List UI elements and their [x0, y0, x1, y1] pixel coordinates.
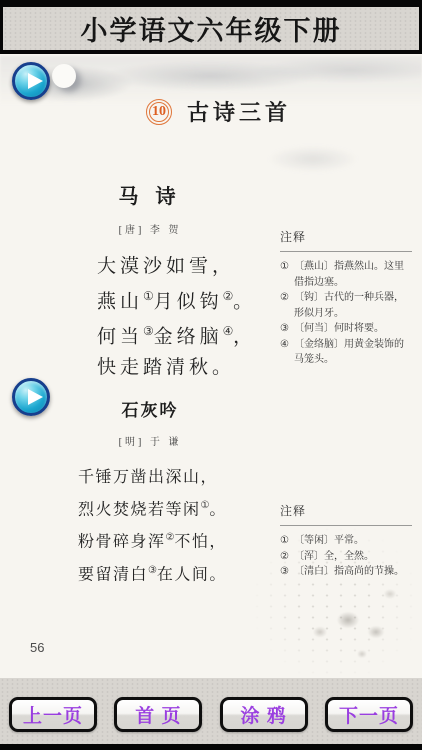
poem-line: 千锤万凿出深山， — [78, 464, 300, 492]
doodle-button[interactable]: 涂 鸦 — [220, 697, 308, 732]
note-marker: ② — [280, 290, 294, 321]
poem-author: [唐] 李 贺 — [0, 221, 300, 236]
note-marker: ③ — [280, 564, 294, 580]
note-item: ② 〔钩〕古代的一种兵器，形似月牙。 — [280, 290, 412, 321]
next-page-button[interactable]: 下一页 — [325, 697, 413, 732]
note-text: 〔燕山〕指燕然山。这里借指边塞。 — [294, 259, 412, 290]
notes-panel-poem2: 注释 ① 〔等闲〕平常。 ② 〔浑〕全，全然。 ③ 〔清白〕指高尚的节操。 — [280, 502, 412, 580]
poem-line: 快走踏清秋。 — [97, 353, 300, 383]
lesson-number-badge: 10 — [146, 99, 172, 125]
book-page: 10 古诗三首 马 诗 [唐] 李 贺 大漠沙如雪， 燕山①月似钩②。 何当③金… — [0, 54, 422, 678]
note-text: 〔等闲〕平常。 — [294, 533, 412, 549]
poem-title: 石灰吟 — [0, 396, 300, 421]
poem-author: [明] 于 谦 — [0, 433, 300, 448]
poem-shi-hui-yin: 石灰吟 [明] 于 谦 千锤万凿出深山， 烈火焚烧若等闲①。 粉骨碎身浑②不怕，… — [0, 396, 300, 589]
note-item: ① 〔燕山〕指燕然山。这里借指边塞。 — [280, 259, 412, 290]
poem-ma-shi: 马 诗 [唐] 李 贺 大漠沙如雪， 燕山①月似钩②。 何当③金络脑④， 快走踏… — [0, 180, 300, 383]
note-item: ① 〔等闲〕平常。 — [280, 533, 412, 549]
poem-line: 烈火焚烧若等闲①。 — [78, 492, 300, 524]
note-marker: ④ — [280, 337, 294, 368]
notes-panel-poem1: 注释 ① 〔燕山〕指燕然山。这里借指边塞。 ② 〔钩〕古代的一种兵器，形似月牙。… — [280, 228, 412, 368]
home-page-button[interactable]: 首 页 — [114, 697, 202, 732]
notes-title: 注释 — [280, 502, 412, 519]
poem-lines: 千锤万凿出深山， 烈火焚烧若等闲①。 粉骨碎身浑②不怕， 要留清白③在人间。 — [0, 464, 300, 589]
notes-title: 注释 — [280, 228, 412, 245]
note-text: 〔何当〕何时将要。 — [294, 321, 412, 337]
note-item: ④ 〔金络脑〕用黄金装饰的马笼头。 — [280, 337, 412, 368]
note-text: 〔钩〕古代的一种兵器，形似月牙。 — [294, 290, 412, 321]
note-text: 〔浑〕全，全然。 — [294, 549, 412, 565]
poem-line: 何当③金络脑④， — [97, 317, 300, 352]
note-marker: ① — [280, 259, 294, 290]
note-item: ② 〔浑〕全，全然。 — [280, 549, 412, 565]
ink-wash-decoration — [268, 146, 358, 172]
app-window: 小学语文六年级下册 10 古诗三首 马 诗 [唐] 李 贺 大漠沙如雪， 燕山①… — [0, 0, 422, 750]
poem-line: 要留清白③在人间。 — [78, 557, 300, 589]
play-icon — [28, 73, 43, 89]
notes-divider — [280, 251, 412, 252]
note-marker: ③ — [280, 321, 294, 337]
play-audio-button-poem1[interactable] — [12, 62, 50, 100]
poem-title: 马 诗 — [0, 180, 300, 209]
note-item: ③ 〔何当〕何时将要。 — [280, 321, 412, 337]
poem-line: 粉骨碎身浑②不怕， — [78, 524, 300, 556]
poem-lines: 大漠沙如雪， 燕山①月似钩②。 何当③金络脑④， 快走踏清秋。 — [0, 252, 300, 383]
bottom-toolbar: 上一页 首 页 涂 鸦 下一页 — [0, 678, 422, 750]
poem-line: 大漠沙如雪， — [97, 252, 300, 282]
lesson-title: 古诗三首 — [187, 96, 291, 127]
note-item: ③ 〔清白〕指高尚的节操。 — [280, 564, 412, 580]
page-number: 56 — [30, 640, 44, 655]
note-marker: ① — [280, 533, 294, 549]
note-marker: ② — [280, 549, 294, 565]
notes-divider — [280, 525, 412, 526]
app-header: 小学语文六年级下册 — [0, 0, 422, 54]
moon-decoration — [52, 64, 76, 88]
note-text: 〔金络脑〕用黄金装饰的马笼头。 — [294, 337, 412, 368]
note-text: 〔清白〕指高尚的节操。 — [294, 564, 412, 580]
app-title: 小学语文六年级下册 — [81, 9, 342, 48]
poem-line: 燕山①月似钩②。 — [97, 282, 300, 317]
prev-page-button[interactable]: 上一页 — [9, 697, 97, 732]
lesson-heading: 10 古诗三首 — [146, 96, 291, 127]
